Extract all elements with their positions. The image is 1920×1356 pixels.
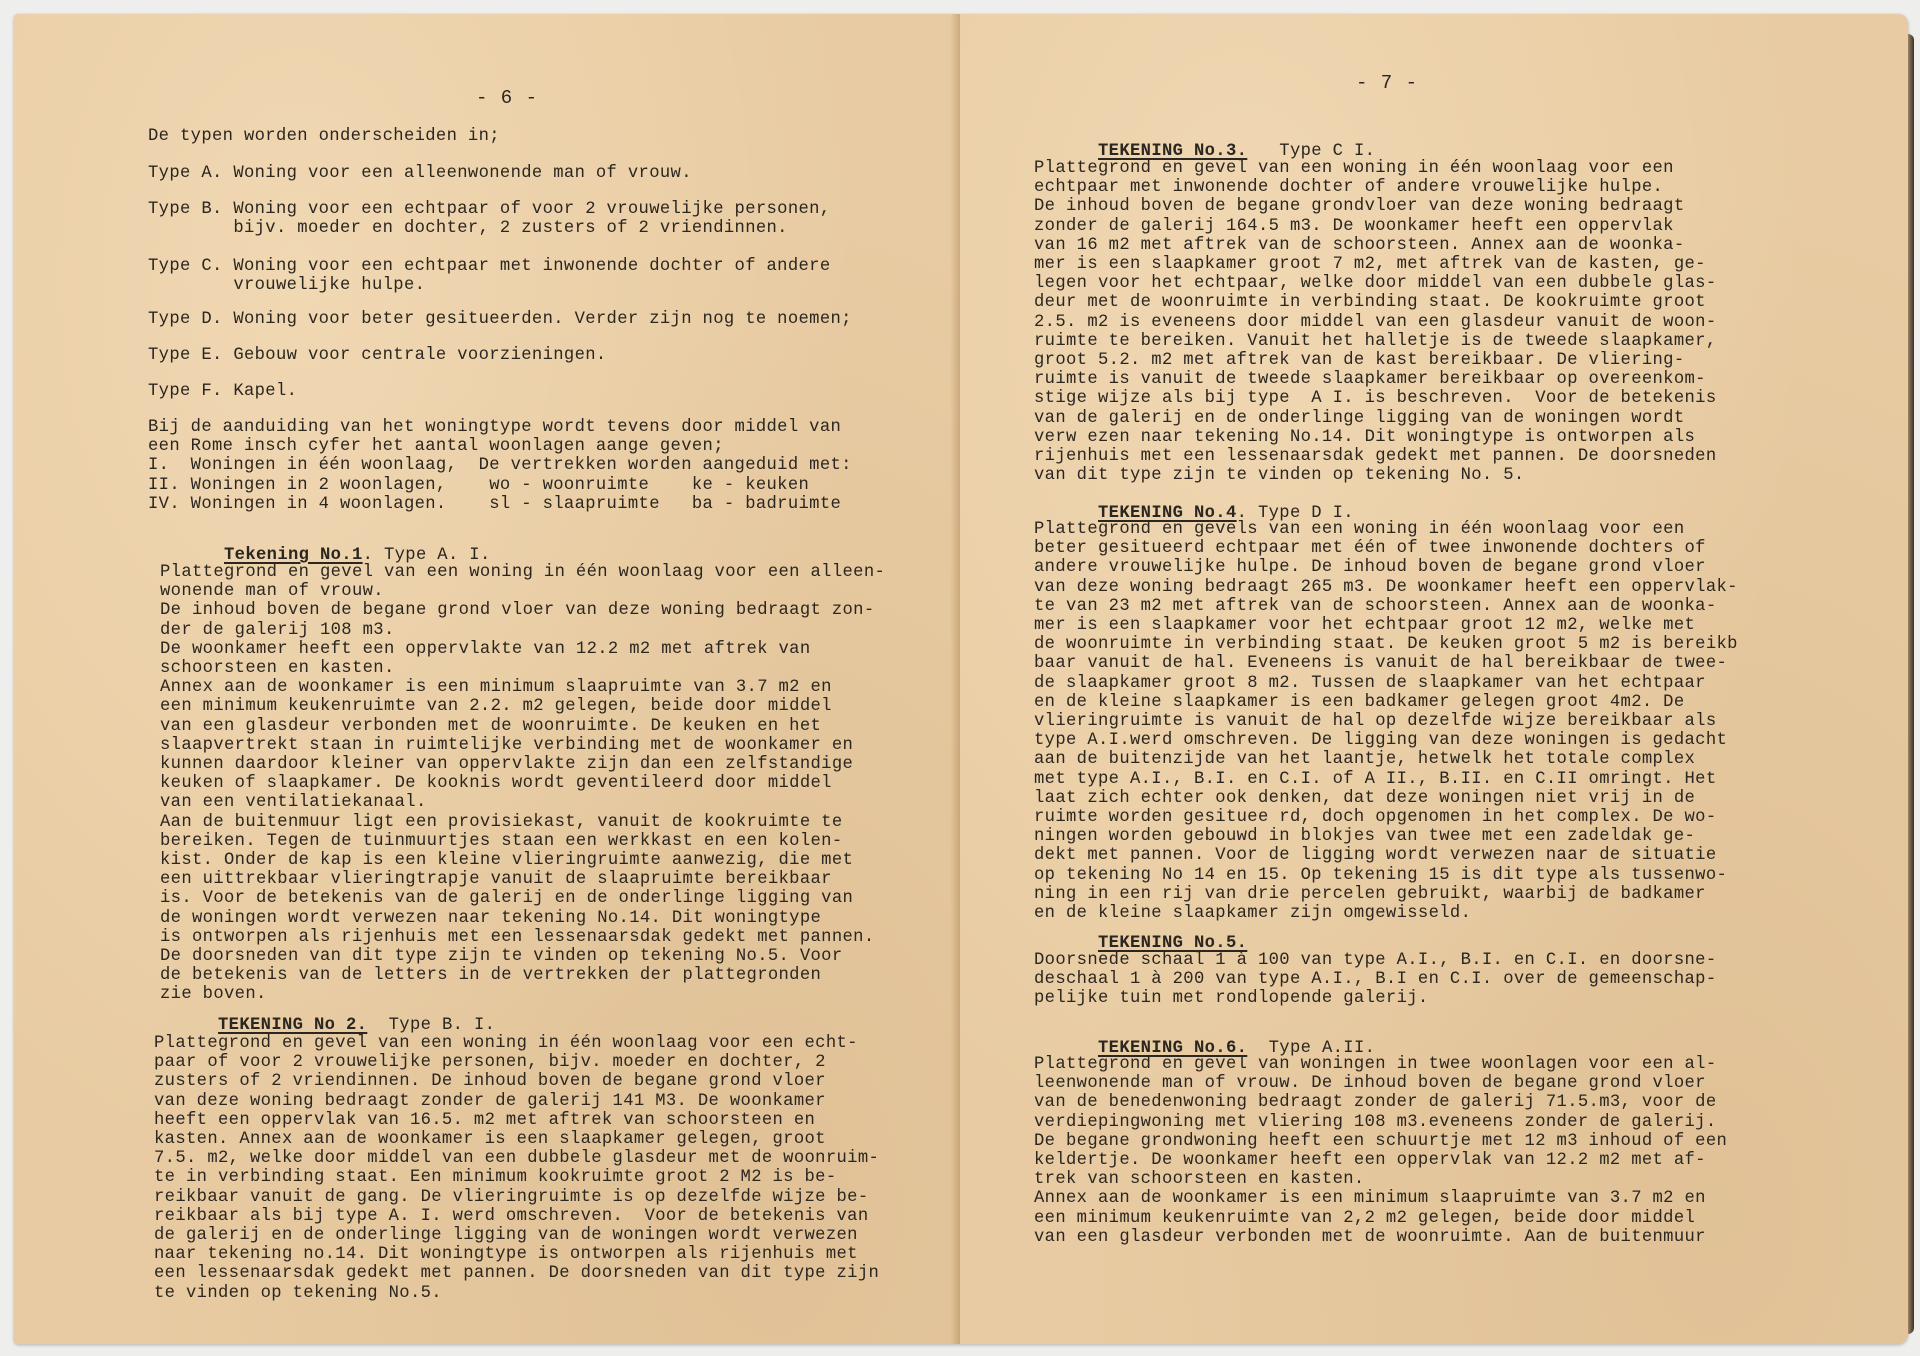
- page-number: - 6 -: [476, 87, 538, 109]
- legend-text: Bij de aanduiding van het woningtype wor…: [148, 418, 852, 514]
- type-e: Type E. Gebouw voor centrale voorziening…: [148, 346, 607, 365]
- right-page: - 7 - TEKENING No.3. Type C I. Plattegro…: [960, 14, 1908, 1344]
- type-b: Type B. Woning voor een echtpaar of voor…: [148, 200, 831, 238]
- intro-text: De typen worden onderscheiden in;: [148, 127, 500, 146]
- section-body: Plattegrond en gevels van een woning in …: [1034, 520, 1738, 923]
- section-body: Plattegrond en gevel van een woning in é…: [154, 1034, 879, 1303]
- section-body: Plattegrond en gevel van woningen in twe…: [1034, 1055, 1727, 1247]
- drawing-label: TEKENING No 2.: [218, 1016, 367, 1035]
- drawing-type: Type B. I.: [367, 1016, 495, 1035]
- booklet-spread: - 6 - De typen worden onderscheiden in; …: [14, 14, 1908, 1344]
- page-number: - 7 -: [1356, 72, 1418, 94]
- section-body: Plattegrond en gevel van een woning in é…: [160, 563, 885, 1005]
- type-c: Type C. Woning voor een echtpaar met inw…: [148, 257, 831, 295]
- section-body: Doorsnede schaal 1 à 100 van type A.I., …: [1034, 951, 1717, 1009]
- left-page: - 6 - De typen worden onderscheiden in; …: [14, 14, 960, 1344]
- type-d: Type D. Woning voor beter gesitueerden. …: [148, 310, 852, 329]
- type-f: Type F. Kapel.: [148, 382, 297, 401]
- type-a: Type A. Woning voor een alleenwonende ma…: [148, 164, 692, 183]
- section-body: Plattegrond en gevel van een woning in é…: [1034, 159, 1717, 485]
